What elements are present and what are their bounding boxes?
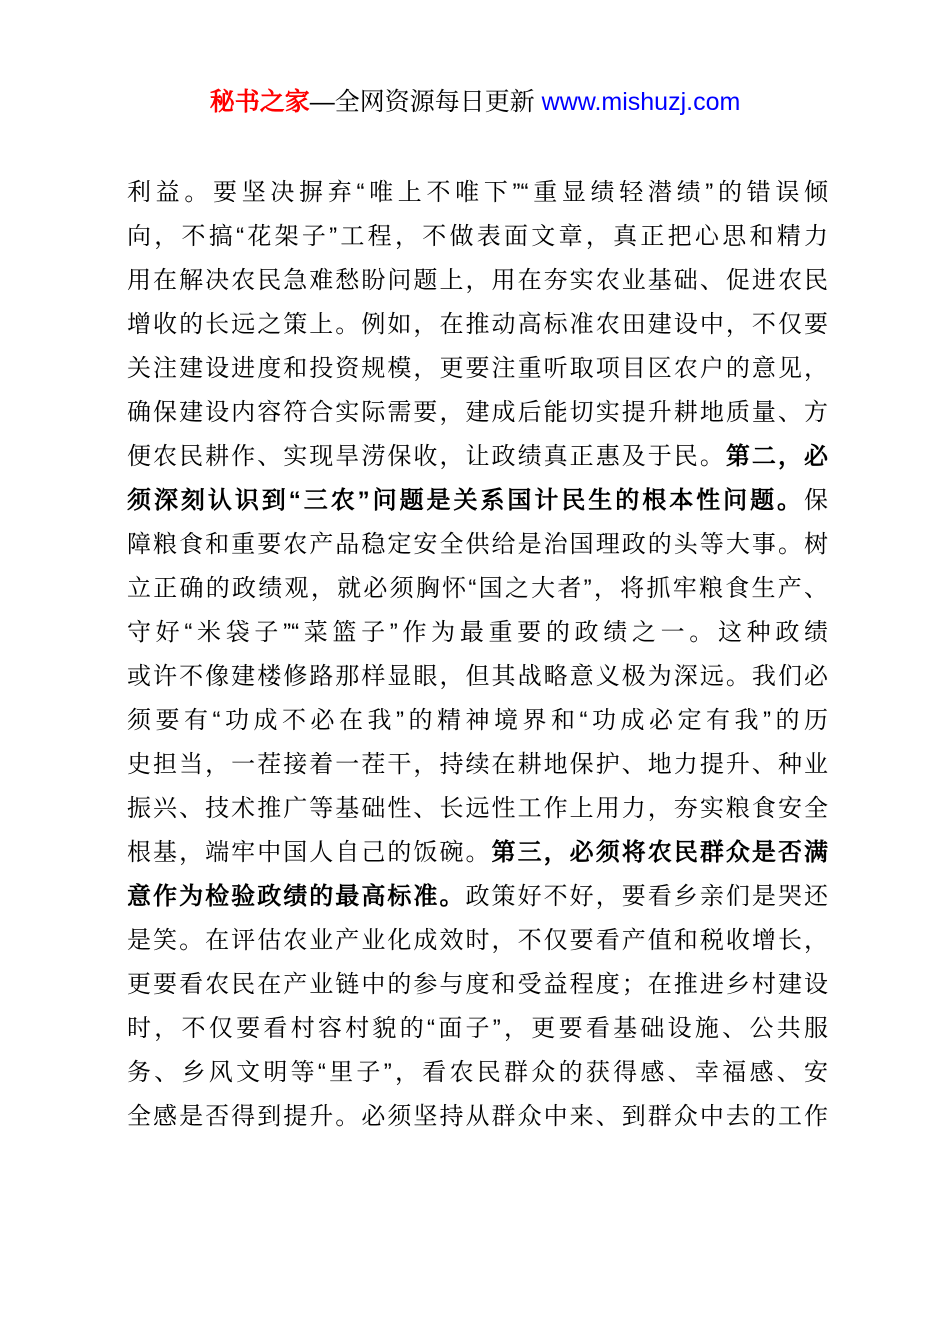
text-run: 利益。要坚决摒弃“唯上不唯下”“重显绩轻潜绩”的错误倾 — [127, 179, 828, 206]
site-tagline: —全网资源每日更新 — [310, 88, 542, 116]
text-run: 障粮食和重要农产品稳定安全供给是治国理政的头等大事。树 — [127, 531, 828, 558]
text-line: 意作为检验政绩的最高标准。政策好不好，要看乡亲们是哭还 — [127, 875, 828, 919]
text-run: 时，不仅要看村容村貌的“面子”，更要看基础设施、公共服 — [127, 1015, 828, 1042]
text-run: 根基，端牢中国人自己的饭碗。 — [127, 839, 492, 866]
text-line: 立正确的政绩观，就必须胸怀“国之大者”，将抓牢粮食生产、 — [127, 567, 828, 611]
bold-text-run: 第二，必 — [726, 443, 828, 470]
text-run: 立正确的政绩观，就必须胸怀“国之大者”，将抓牢粮食生产、 — [127, 575, 828, 602]
text-run: 或许不像建楼修路那样显眼，但其战略意义极为深远。我们必 — [127, 663, 828, 690]
text-line: 须深刻认识到“三农”问题是关系国计民生的根本性问题。保 — [127, 479, 828, 523]
document-page: 秘书之家—全网资源每日更新 www.mishuzj.com 利益。要坚决摒弃“唯… — [0, 0, 950, 1344]
text-run: 守好“米袋子”“菜篮子”作为最重要的政绩之一。这种政绩 — [127, 619, 828, 646]
document-body-text: 利益。要坚决摒弃“唯上不唯下”“重显绩轻潜绩”的错误倾向，不搞“花架子”工程，不… — [127, 171, 828, 1139]
text-line: 增收的长远之策上。例如，在推动高标准农田建设中，不仅要 — [127, 303, 828, 347]
text-line: 史担当，一茬接着一茬干，持续在耕地保护、地力提升、种业 — [127, 743, 828, 787]
text-line: 是笑。在评估农业产业化成效时，不仅要看产值和税收增长， — [127, 919, 828, 963]
text-line: 时，不仅要看村容村貌的“面子”，更要看基础设施、公共服 — [127, 1007, 828, 1051]
site-name: 秘书之家 — [210, 88, 310, 116]
bold-text-run: 须深刻认识到“三农”问题是关系国计民生的根本性问题。 — [127, 487, 804, 514]
text-run: 保 — [804, 487, 828, 514]
text-line: 根基，端牢中国人自己的饭碗。第三，必须将农民群众是否满 — [127, 831, 828, 875]
text-run: 增收的长远之策上。例如，在推动高标准农田建设中，不仅要 — [127, 311, 828, 338]
text-run: 关注建设进度和投资规模，更要注重听取项目区农户的意见， — [127, 355, 828, 382]
text-run: 史担当，一茬接着一茬干，持续在耕地保护、地力提升、种业 — [127, 751, 828, 778]
text-line: 关注建设进度和投资规模，更要注重听取项目区农户的意见， — [127, 347, 828, 391]
text-run: 须要有“功成不必在我”的精神境界和“功成必定有我”的历 — [127, 707, 828, 734]
text-line: 障粮食和重要农产品稳定安全供给是治国理政的头等大事。树 — [127, 523, 828, 567]
text-line: 更要看农民在产业链中的参与度和受益程度；在推进乡村建设 — [127, 963, 828, 1007]
text-line: 振兴、技术推广等基础性、长远性工作上用力，夯实粮食安全 — [127, 787, 828, 831]
text-run: 务、乡风文明等“里子”，看农民群众的获得感、幸福感、安 — [127, 1059, 828, 1086]
text-line: 务、乡风文明等“里子”，看农民群众的获得感、幸福感、安 — [127, 1051, 828, 1095]
text-run: 政策好不好，要看乡亲们是哭还 — [466, 883, 829, 910]
text-line: 须要有“功成不必在我”的精神境界和“功成必定有我”的历 — [127, 699, 828, 743]
text-line: 全感是否得到提升。必须坚持从群众中来、到群众中去的工作 — [127, 1095, 828, 1139]
text-line: 用在解决农民急难愁盼问题上，用在夯实农业基础、促进农民 — [127, 259, 828, 303]
text-line: 确保建设内容符合实际需要，建成后能切实提升耕地质量、方 — [127, 391, 828, 435]
text-line: 便农民耕作、实现旱涝保收，让政绩真正惠及于民。第二，必 — [127, 435, 828, 479]
text-run: 更要看农民在产业链中的参与度和受益程度；在推进乡村建设 — [127, 971, 828, 998]
text-run: 便农民耕作、实现旱涝保收，让政绩真正惠及于民。 — [127, 443, 726, 470]
text-run: 确保建设内容符合实际需要，建成后能切实提升耕地质量、方 — [127, 399, 828, 426]
site-url-link[interactable]: www.mishuzj.com — [542, 88, 741, 116]
bold-text-run: 意作为检验政绩的最高标准。 — [127, 883, 466, 910]
text-run: 全感是否得到提升。必须坚持从群众中来、到群众中去的工作 — [127, 1103, 828, 1130]
text-run: 用在解决农民急难愁盼问题上，用在夯实农业基础、促进农民 — [127, 267, 828, 294]
text-line: 向，不搞“花架子”工程，不做表面文章，真正把心思和精力 — [127, 215, 828, 259]
bold-text-run: 第三，必须将农民群众是否满 — [492, 839, 828, 866]
page-header: 秘书之家—全网资源每日更新 www.mishuzj.com — [0, 82, 950, 122]
text-line: 或许不像建楼修路那样显眼，但其战略意义极为深远。我们必 — [127, 655, 828, 699]
text-line: 守好“米袋子”“菜篮子”作为最重要的政绩之一。这种政绩 — [127, 611, 828, 655]
text-run: 振兴、技术推广等基础性、长远性工作上用力，夯实粮食安全 — [127, 795, 828, 822]
text-run: 向，不搞“花架子”工程，不做表面文章，真正把心思和精力 — [127, 223, 828, 250]
text-run: 是笑。在评估农业产业化成效时，不仅要看产值和税收增长， — [127, 927, 828, 954]
text-line: 利益。要坚决摒弃“唯上不唯下”“重显绩轻潜绩”的错误倾 — [127, 171, 828, 215]
